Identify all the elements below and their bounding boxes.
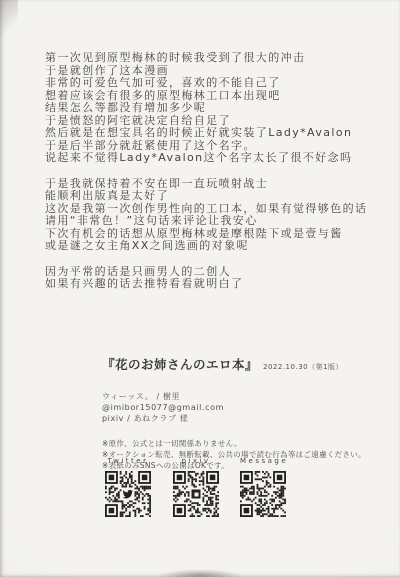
title-row: 『花のお姉さんのエロ本』2022.10.30（第1版） bbox=[102, 354, 382, 373]
twitter-qr-code bbox=[105, 471, 151, 517]
twitter-bird-icon bbox=[122, 488, 135, 501]
scan-shadow bbox=[0, 0, 18, 40]
pixiv-logo-icon bbox=[190, 488, 203, 501]
qr-column-twitter: Twitter bbox=[105, 457, 151, 517]
afterword-line: 非常的可爱色气加可爱，喜欢的不能自己了 bbox=[45, 77, 365, 90]
qr-label-message: Message bbox=[240, 457, 286, 465]
credit-author: ウィーッス。 / 樹里 bbox=[102, 391, 382, 402]
afterword-line: 能顺利出版真是太好了 bbox=[45, 190, 365, 203]
afterword-line: 然后就是在想宝具名的时候正好就实装了Lady*Avalon bbox=[45, 127, 365, 140]
afterword-line: 如果有兴趣的话去推特看看就明白了 bbox=[45, 278, 365, 291]
afterword-paragraph: 于是我就保持着不安在即一直玩喷射战士 能顺利出版真是太好了 这次是我第一次创作男… bbox=[45, 178, 365, 253]
afterword-line: 结果怎么等都没有增加多少呢 bbox=[45, 102, 365, 115]
disclaimer-line: ※原作、公式とは一切関係ありません。 bbox=[102, 438, 382, 449]
qr-label-twitter: Twitter bbox=[105, 457, 151, 465]
credits-block: ウィーッス。 / 樹里 @imibor15077@gmail.com pixiv… bbox=[102, 391, 382, 424]
afterword-line: 请用“非常色！”这句话来评论让我安心 bbox=[45, 215, 365, 228]
book-title: 『花のお姉さんのエロ本』 bbox=[102, 357, 258, 372]
afterword-text: 第一次见到原型梅林的时候我受到了很大的冲击 于是就创作了这本漫画 非常的可爱色气… bbox=[45, 52, 365, 304]
qr-column-message: Message bbox=[240, 457, 286, 517]
afterword-line: 说起来不觉得Lady*Avalon这个名字太长了很不好念吗 bbox=[45, 152, 365, 165]
message-qr-code bbox=[240, 471, 286, 517]
credit-email: @imibor15077@gmail.com bbox=[102, 402, 382, 413]
credit-pixiv: pixiv / あねクラブ 様 bbox=[102, 413, 382, 424]
afterword-paragraph: 因为平常的话是只画男人的二创人 如果有兴趣的话去推特看看就明白了 bbox=[45, 266, 365, 291]
afterword-line: 或是谜之女主角XX之间选画的对象呢 bbox=[45, 240, 365, 253]
qr-label-pixiv: pixiv bbox=[173, 457, 219, 465]
qr-column-pixiv: pixiv bbox=[173, 457, 219, 517]
edition-date: 2022.10.30（第1版） bbox=[263, 363, 343, 371]
scanned-afterword-page: 第一次见到原型梅林的时候我受到了很大的冲击 于是就创作了这本漫画 非常的可爱色气… bbox=[0, 0, 400, 577]
afterword-line: 第一次见到原型梅林的时候我受到了很大的冲击 bbox=[45, 52, 365, 65]
afterword-paragraph: 第一次见到原型梅林的时候我受到了很大的冲击 于是就创作了这本漫画 非常的可爱色气… bbox=[45, 52, 365, 165]
qr-code-row: Twitter pixiv Message bbox=[0, 457, 400, 527]
colophon: 『花のお姉さんのエロ本』2022.10.30（第1版） ウィーッス。 / 樹里 … bbox=[102, 354, 382, 471]
pixiv-qr-code bbox=[173, 471, 219, 517]
